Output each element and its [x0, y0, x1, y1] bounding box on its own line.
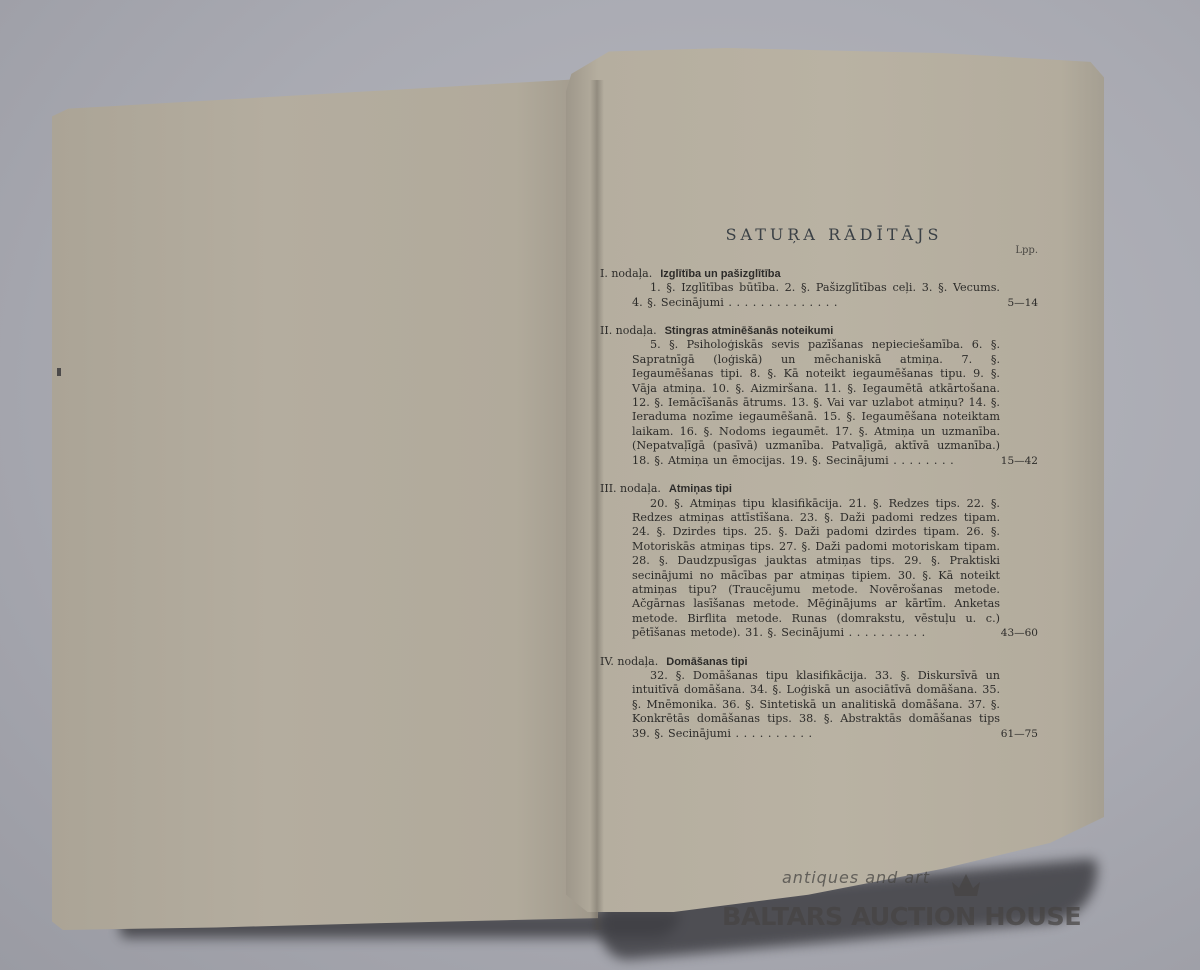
- chapter-pages: 15—42: [1001, 454, 1038, 468]
- chapter-title: Domāšanas tipi: [666, 656, 747, 668]
- toc-title: SATUŖA RĀDĪTĀJS: [628, 228, 1040, 242]
- left-page-blank: [52, 78, 598, 930]
- watermark-tagline: antiques and art: [782, 868, 930, 887]
- page-edge-mark: [57, 368, 61, 376]
- watermark-brand: BALTARS AUCTION HOUSE: [722, 902, 1081, 931]
- chapter-2: II. nodaļa.Stingras atminēšanās noteikum…: [600, 324, 1040, 468]
- table-of-contents: SATUŖA RĀDĪTĀJS Lpp. I. nodaļa.Izglītība…: [600, 228, 1040, 755]
- chapter-number: III. nodaļa.: [600, 482, 661, 495]
- chapter-pages: 43—60: [1001, 626, 1038, 640]
- chapter-sections: 1. §. Izglītības būtība. 2. §. Pašizglīt…: [632, 281, 1040, 310]
- crown-icon: [950, 874, 982, 898]
- chapter-title: Stingras atminēšanās noteikumi: [665, 325, 834, 337]
- chapter-1: I. nodaļa.Izglītība un pašizglītība 1. §…: [600, 267, 1040, 310]
- chapter-sections: 5. §. Psiholoģiskās sevis pazīšanas nepi…: [632, 338, 1040, 468]
- chapter-sections: 20. §. Atmiņas tipu klasifikācija. 21. §…: [632, 497, 1040, 641]
- chapter-pages: 61—75: [1001, 727, 1038, 741]
- chapter-number: IV. nodaļa.: [600, 655, 658, 668]
- chapter-3: III. nodaļa.Atmiņas tipi 20. §. Atmiņas …: [600, 482, 1040, 640]
- page-column-label: Lpp.: [600, 244, 1040, 258]
- chapter-title: Izglītība un pašizglītība: [660, 268, 780, 280]
- chapter-title: Atmiņas tipi: [669, 483, 732, 495]
- chapter-4: IV. nodaļa.Domāšanas tipi 32. §. Domāšan…: [600, 655, 1040, 741]
- chapter-number: I. nodaļa.: [600, 267, 652, 280]
- chapter-number: II. nodaļa.: [600, 324, 657, 337]
- chapter-sections: 32. §. Domāšanas tipu klasifikācija. 33.…: [632, 669, 1040, 741]
- chapter-pages: 5—14: [1007, 296, 1038, 310]
